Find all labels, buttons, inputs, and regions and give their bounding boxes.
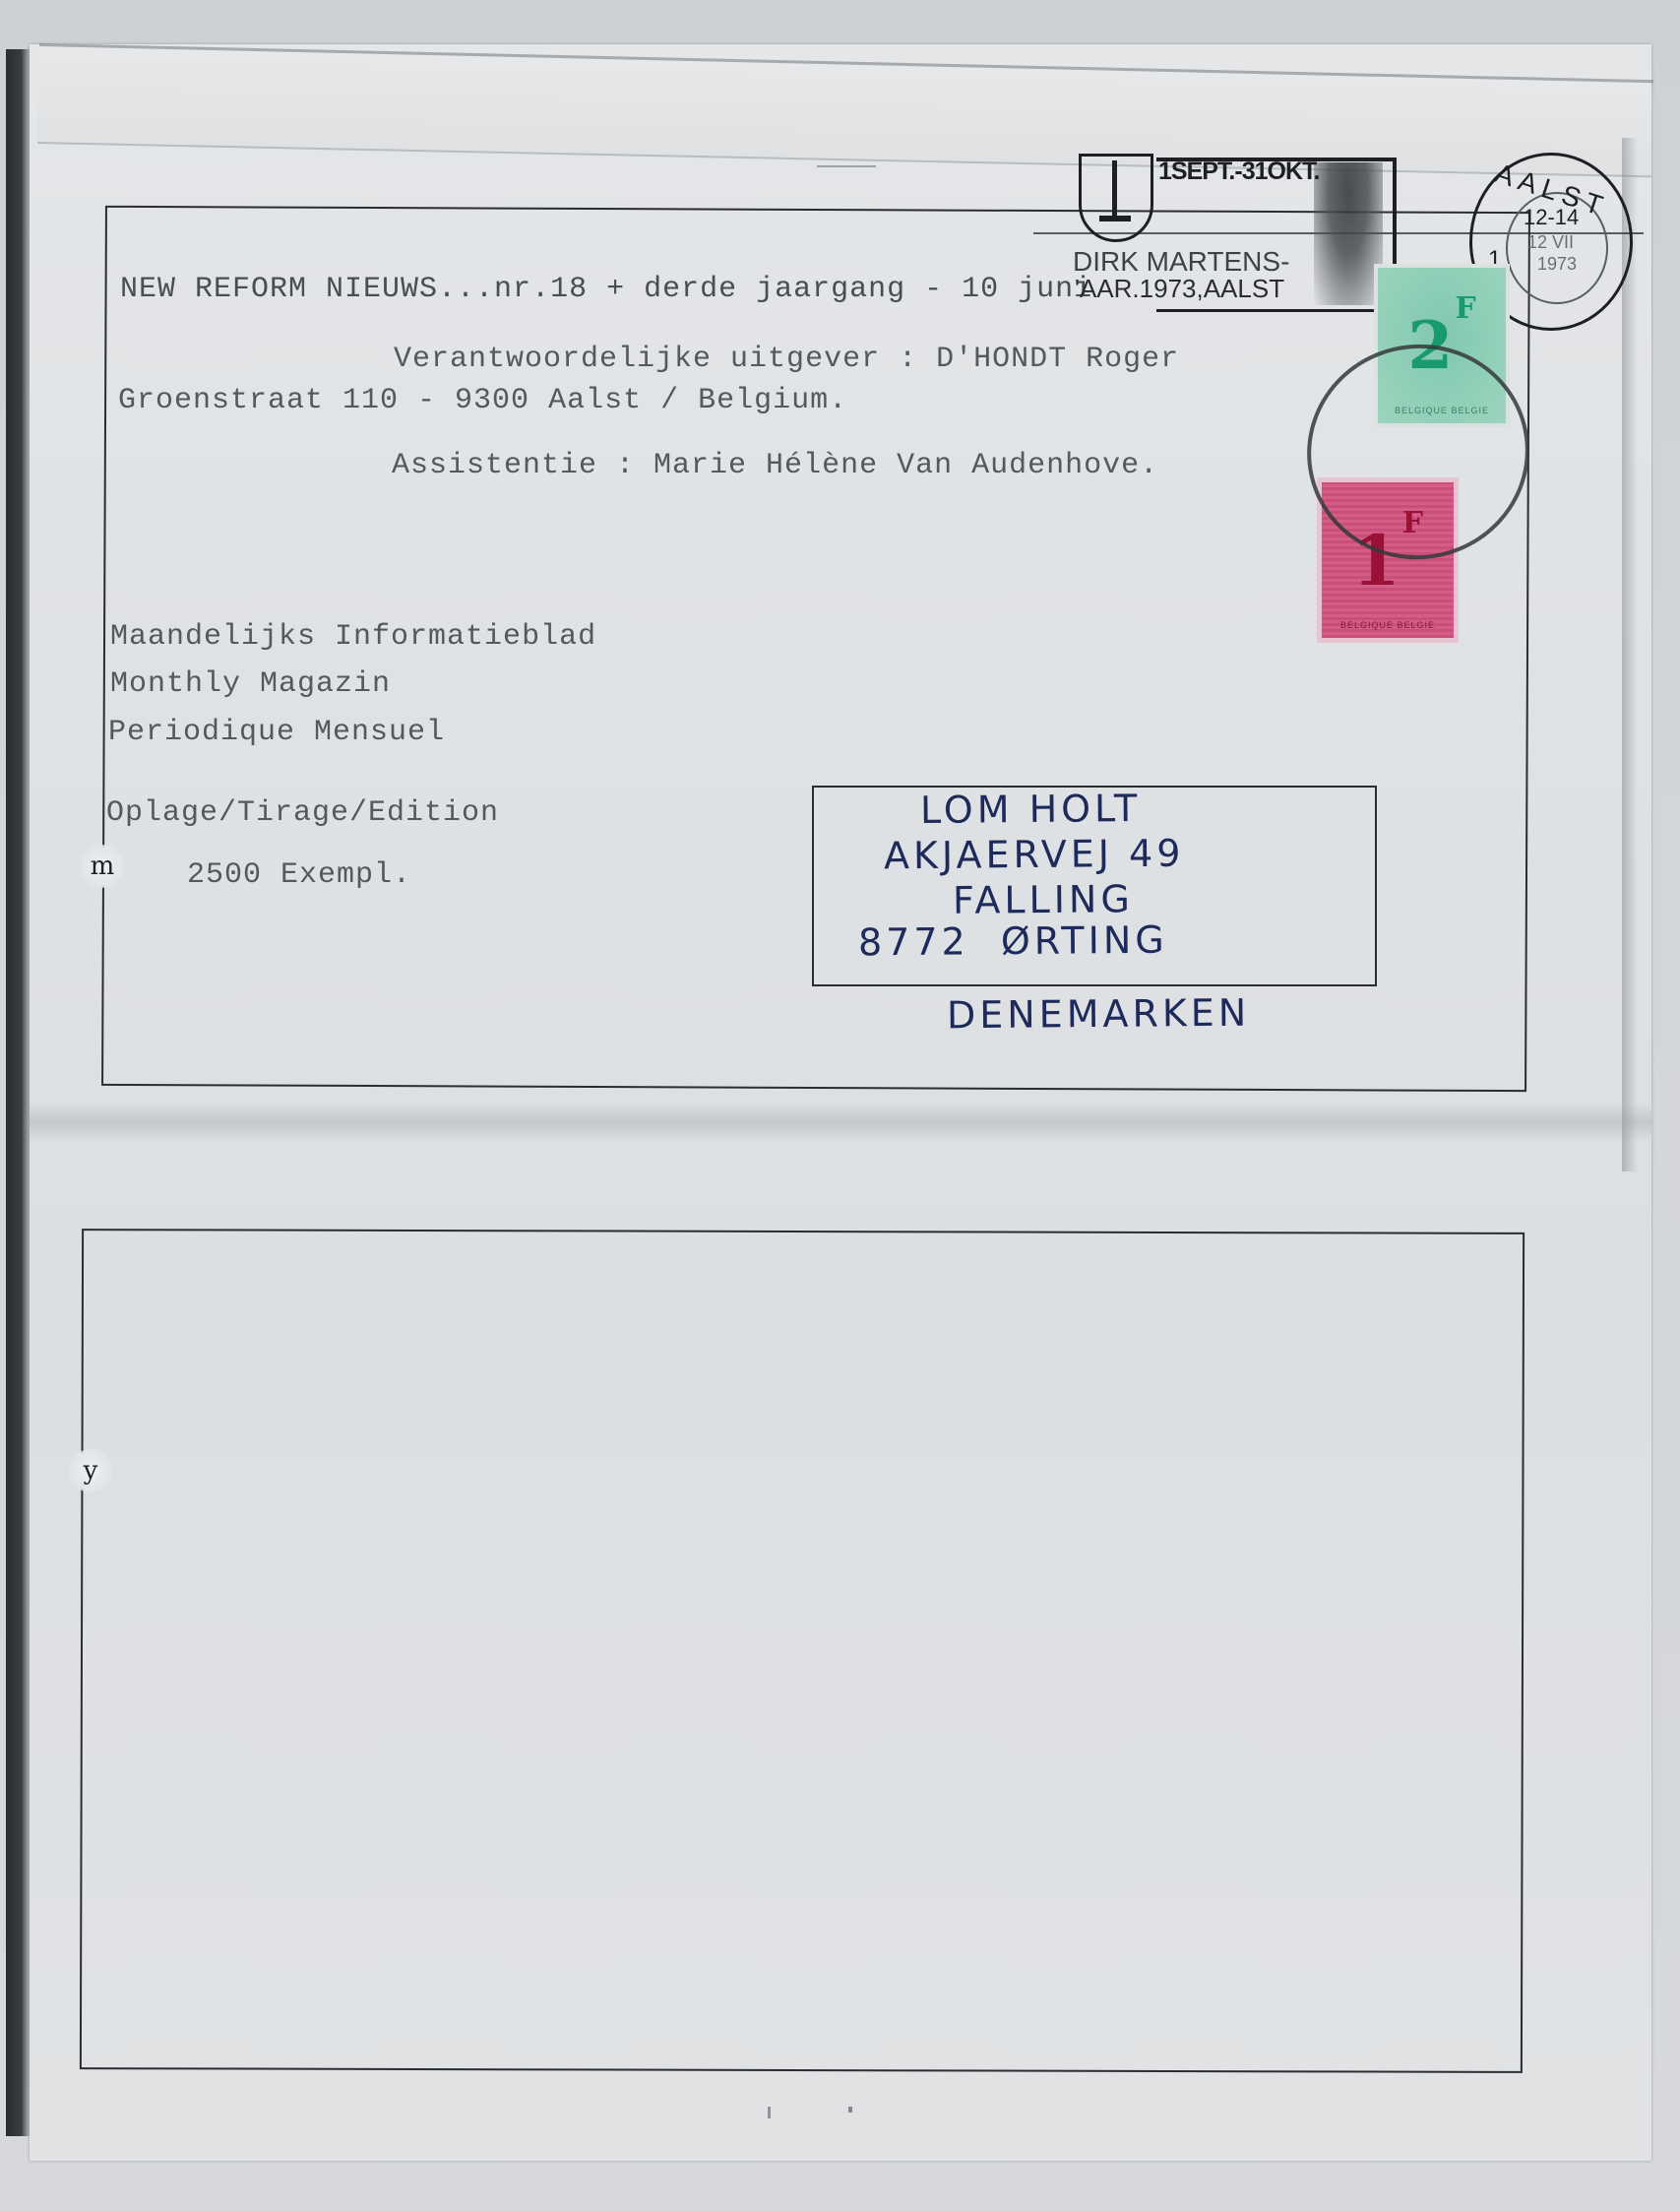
recipient-street: AKJAERVEJ 49 <box>884 832 1185 878</box>
coat-of-arms-icon <box>1079 154 1153 242</box>
postmark-year: 1973 <box>1537 254 1577 275</box>
speck-mark <box>848 2107 852 2113</box>
recipient-postcode-city: 8772 ØRTING <box>858 918 1168 965</box>
publisher-address: Groenstraat 110 - 9300 Aalst / Belgium. <box>118 384 847 417</box>
descriptor-dutch: Maandelijks Informatieblad <box>110 620 596 654</box>
statue-figure-icon <box>1314 162 1383 305</box>
recipient-name: LOM HOLT <box>920 787 1142 832</box>
descriptor-french: Periodique Mensuel <box>108 716 445 749</box>
circulation-value: 2500 Exempl. <box>187 858 411 892</box>
stamp-unit: F <box>1455 291 1475 326</box>
recipient-country: DENEMARKEN <box>947 991 1251 1038</box>
publisher-line: Verantwoordelijke uitgever : D'HONDT Rog… <box>394 343 1179 376</box>
postmark-time: 12-14 <box>1524 205 1579 230</box>
pen-mark: m <box>91 852 115 881</box>
lower-frame <box>80 1229 1524 2073</box>
recipient-locality: FALLING <box>953 877 1134 922</box>
stamp-caption: BELGIQUE BELGIE <box>1322 620 1454 630</box>
speck-mark <box>768 2107 771 2118</box>
cancel-slogan-line2: 'AAR.1973,AALST <box>1075 274 1284 304</box>
punch-hole-upper: m <box>81 845 124 888</box>
horizontal-fold <box>30 1103 1651 1142</box>
right-edge-shadow <box>1622 138 1638 1171</box>
paper-shadow <box>6 49 31 2136</box>
masthead: NEW REFORM NIEUWS...nr.18 + derde jaarga… <box>120 273 1092 306</box>
speck-mark <box>817 165 876 167</box>
circulation-label: Oplage/Tirage/Edition <box>106 796 499 830</box>
cancel-date-range: 1SEPT.-31OKT. <box>1158 158 1319 186</box>
descriptor-english: Monthly Magazin <box>110 667 391 701</box>
pen-mark: y <box>84 1456 98 1485</box>
postmark-day: 12 VII <box>1527 232 1574 253</box>
assistant-line: Assistentie : Marie Hélène Van Audenhove… <box>392 449 1158 482</box>
punch-hole-lower: y <box>69 1449 112 1492</box>
